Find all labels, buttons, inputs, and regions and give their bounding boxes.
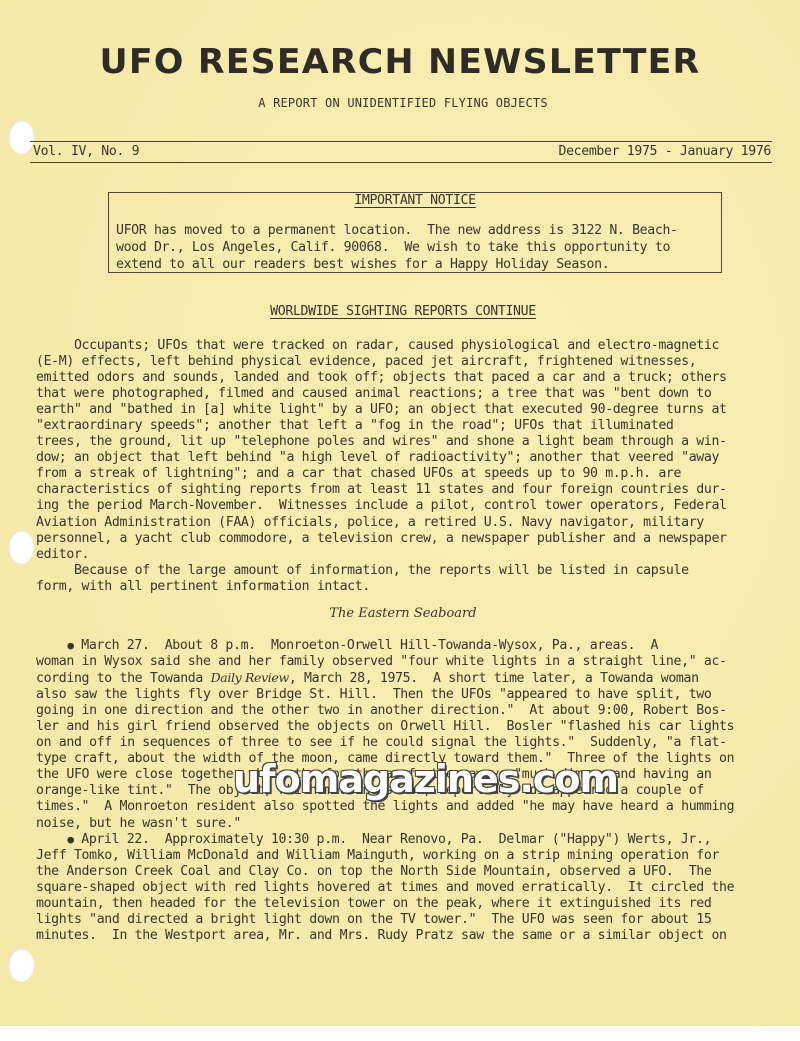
text-line: ● March 27. About 8 p.m. Monroeton-Orwel…	[36, 638, 776, 654]
text-line: on and off in sequences of three to see …	[36, 735, 776, 751]
article-title: WORLDWIDE SIGHTING REPORTS CONTINUE	[0, 304, 800, 319]
text-line: mountain, then headed for the television…	[36, 896, 776, 912]
text-line: Jeff Tomko, William McDonald and William…	[36, 848, 776, 864]
newsletter-subtitle: A REPORT ON UNIDENTIFIED FLYING OBJECTS	[0, 96, 800, 110]
binder-hole	[8, 948, 34, 982]
bullet-icon: ●	[36, 833, 74, 846]
notice-line: UFOR has moved to a permanent location. …	[116, 223, 718, 240]
text-line: ● April 22. Approximately 10:30 p.m. Nea…	[36, 832, 776, 848]
text-line: lights "and directed a bright light down…	[36, 912, 776, 928]
text-line: (E-M) effects, left behind physical evid…	[36, 354, 776, 370]
text-line: Aviation Administration (FAA) officials,…	[36, 515, 776, 531]
text-line: ler and his girl friend observed the obj…	[36, 719, 776, 735]
notice-body: UFOR has moved to a permanent location. …	[116, 223, 718, 273]
text-line: also saw the lights fly over Bridge St. …	[36, 687, 776, 703]
newsletter-page: UFO RESEARCH NEWSLETTER A REPORT ON UNID…	[0, 0, 800, 1026]
text-line: square-shaped object with red lights hov…	[36, 880, 776, 896]
section-subheading: The Eastern Seaboard	[0, 606, 800, 621]
text-line: noise, but he wasn't sure."	[36, 816, 776, 832]
issue-date: December 1975 - January 1976	[558, 144, 771, 159]
text-line: from a streak of lightning"; and a car t…	[36, 466, 776, 482]
text-line: dow; an object that left behind "a high …	[36, 450, 776, 466]
text-line: form, with all pertinent information int…	[36, 579, 776, 595]
notice-line: extend to all our readers best wishes fo…	[116, 257, 718, 274]
text-line: that were photographed, filmed and cause…	[36, 386, 776, 402]
text-line: cording to the Towanda Daily Review, Mar…	[36, 670, 776, 687]
text-line: "extraordinary speeds"; another that lef…	[36, 418, 776, 434]
issue-volume: Vol. IV, No. 9	[33, 144, 139, 159]
notice-line: wood Dr., Los Angeles, Calif. 90068. We …	[116, 240, 718, 257]
text-line: earth" and "bathed in [a] white light" b…	[36, 402, 776, 418]
text-line: characteristics of sighting reports from…	[36, 482, 776, 498]
text-line: the Anderson Creek Coal and Clay Co. on …	[36, 864, 776, 880]
text-line: Occupants; UFOs that were tracked on rad…	[36, 338, 776, 354]
article-intro: Occupants; UFOs that were tracked on rad…	[36, 338, 776, 595]
text-line: ing the period March-November. Witnesses…	[36, 498, 776, 514]
text-line: editor.	[36, 547, 776, 563]
bullet-icon: ●	[36, 639, 74, 652]
important-notice-box: IMPORTANT NOTICE UFOR has moved to a per…	[108, 192, 722, 273]
newsletter-title: UFO RESEARCH NEWSLETTER	[0, 42, 800, 82]
text-line: emitted odors and sounds, landed and too…	[36, 370, 776, 386]
issue-line: Vol. IV, No. 9 December 1975 - January 1…	[30, 141, 772, 163]
binder-hole	[8, 530, 34, 564]
text-line: minutes. In the Westport area, Mr. and M…	[36, 928, 776, 944]
text-line: personnel, a yacht club commodore, a tel…	[36, 531, 776, 547]
text-line: woman in Wysox said she and her family o…	[36, 654, 776, 670]
text-line: trees, the ground, lit up "telephone pol…	[36, 434, 776, 450]
text-line: Because of the large amount of informati…	[36, 563, 776, 579]
text-line: times." A Monroeton resident also spotte…	[36, 799, 776, 815]
watermark: ufomagazines.com	[233, 757, 583, 801]
notice-heading: IMPORTANT NOTICE	[109, 193, 721, 208]
text-line: going in one direction and the other two…	[36, 703, 776, 719]
